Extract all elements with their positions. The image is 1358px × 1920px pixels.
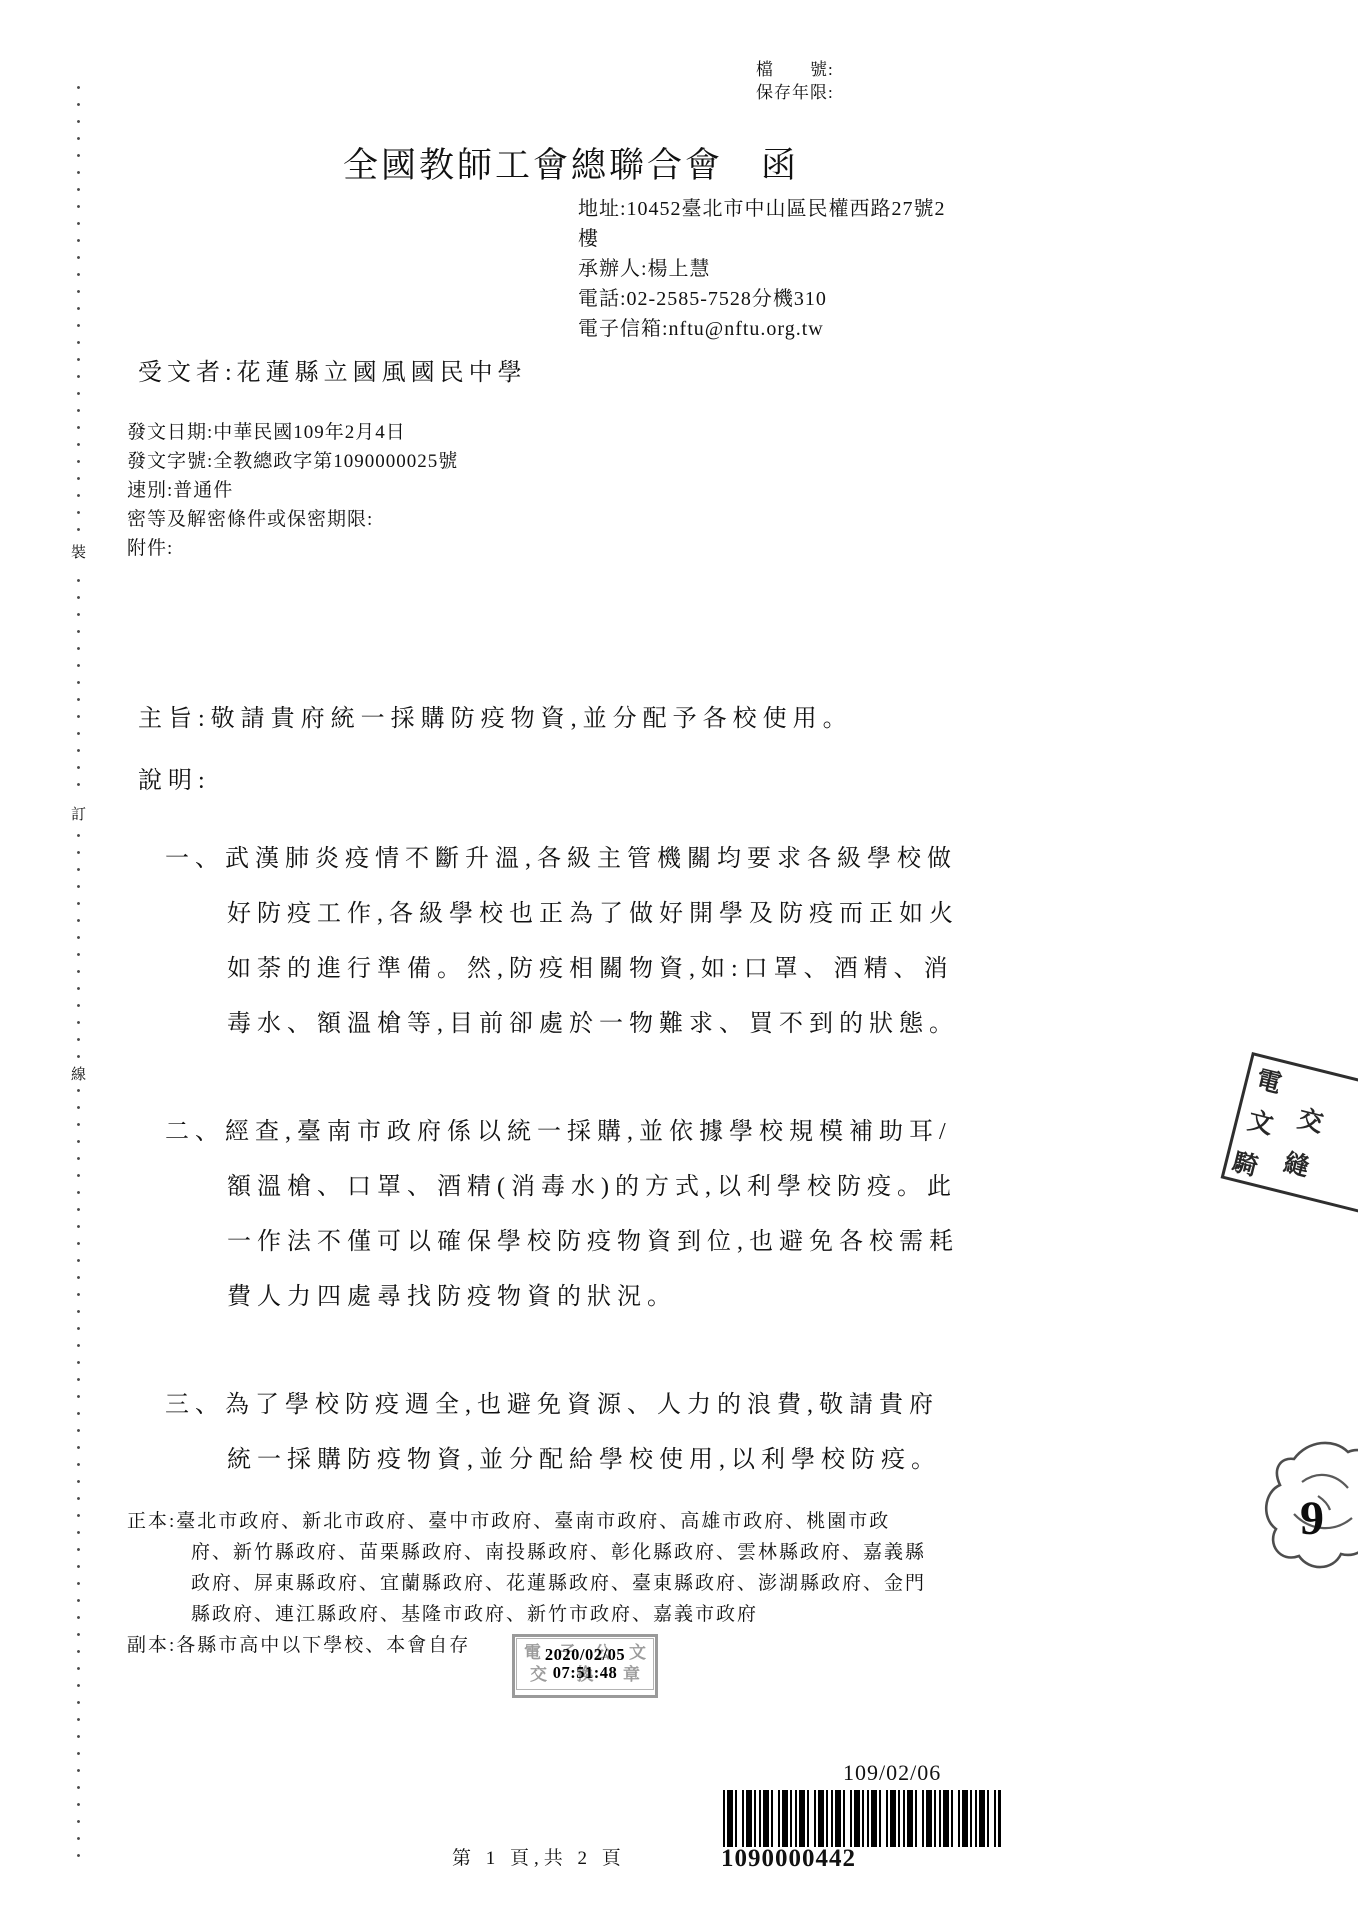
explanation-label: 說明:: [138, 760, 211, 795]
body-line: 一作法不僅可以確保學校防疫物資到位,也避免各校需耗: [227, 1215, 959, 1270]
original-copy-line: 政府、屏東縣政府、宜蘭縣政府、花蓮縣政府、臺東縣政府、澎湖縣政府、金門: [127, 1568, 926, 1599]
recipient-line: 受文者:花蓮縣立國風國民中學: [138, 352, 527, 387]
binding-char-xian: 線: [69, 1060, 88, 1087]
sender-address-line1: 地址:10452臺北市中山區民權西路27號2: [578, 194, 946, 224]
document-meta-block: 發文日期:中華民國109年2月4日 發文字號:全教總政字第1090000025號…: [127, 418, 458, 563]
exchange-stamp: 電 子 公 文 交 換 章 2020/02/05 07:51:48: [512, 1634, 658, 1698]
file-number-label: 檔 號:: [756, 58, 834, 81]
exchange-stamp-datetime: 2020/02/05 07:51:48: [517, 1646, 653, 1682]
body-line: 好防疫工作,各級學校也正為了做好開學及防疫而正如火: [227, 887, 959, 942]
sender-phone: 電話:02-2585-7528分機310: [578, 284, 946, 314]
attachment-line: 附件:: [127, 534, 458, 563]
binding-dotted-line: [77, 85, 80, 1857]
body-item-2: 二、經查,臺南市政府係以統一採購,並依據學校規模補助耳/ 額溫槍、口罩、酒精(消…: [165, 1105, 959, 1325]
body-line: 統一採購防疫物資,並分配給學校使用,以利學校防疫。: [227, 1433, 959, 1488]
original-copy-line: 縣政府、連江縣政府、基隆市政府、新竹市政府、嘉義市政府: [127, 1599, 926, 1630]
body-line: 一、武漢肺炎疫情不斷升溫,各級主管機關均要求各級學校做: [165, 832, 959, 887]
security-class-line: 密等及解密條件或保密期限:: [127, 505, 458, 534]
seam-stamp-char: 交: [1294, 1099, 1327, 1140]
seam-stamp: 電 文 騎 交 縫: [1221, 1052, 1358, 1214]
barcode-image: [723, 1790, 1001, 1847]
body-item-3: 三、為了學校防疫週全,也避免資源、人力的浪費,敬請貴府 統一採購防疫物資,並分配…: [165, 1378, 959, 1488]
seal-number: 9: [1300, 1492, 1324, 1545]
page-seal-icon: 9: [1260, 1432, 1358, 1582]
body-line: 三、為了學校防疫週全,也避免資源、人力的浪費,敬請貴府: [165, 1378, 959, 1433]
body-line: 二、經查,臺南市政府係以統一採購,並依據學校規模補助耳/: [165, 1105, 959, 1160]
sender-contact-person: 承辦人:楊上慧: [578, 254, 946, 284]
seam-stamp-char: 騎: [1229, 1142, 1262, 1183]
body-line: 額溫槍、口罩、酒精(消毒水)的方式,以利學校防疫。此: [227, 1160, 959, 1215]
seam-stamp-char: 電: [1253, 1060, 1286, 1101]
body-items: 一、武漢肺炎疫情不斷升溫,各級主管機關均要求各級學校做 好防疫工作,各級學校也正…: [165, 832, 959, 1541]
body-line: 如荼的進行準備。然,防疫相關物資,如:口罩、酒精、消: [227, 942, 959, 997]
retention-period-label: 保存年限:: [756, 81, 834, 104]
body-line: 費人力四處尋找防疫物資的狀況。: [227, 1270, 959, 1325]
seam-stamp-char: 文: [1245, 1101, 1278, 1142]
exchange-stamp-date: 2020/02/05: [517, 1646, 653, 1664]
body-item-1: 一、武漢肺炎疫情不斷升溫,各級主管機關均要求各級學校做 好防疫工作,各級學校也正…: [165, 832, 959, 1052]
document-page: 檔 號: 保存年限: 全國教師工會總聯合會 函 地址:10452臺北市中山區民權…: [0, 0, 1358, 1920]
exchange-stamp-inner: 電 子 公 文 交 換 章 2020/02/05 07:51:48: [516, 1638, 654, 1690]
issue-number-line: 發文字號:全教總政字第1090000025號: [127, 447, 458, 476]
issue-date-line: 發文日期:中華民國109年2月4日: [127, 418, 458, 447]
page-number: 第 1 頁,共 2 頁: [452, 1843, 626, 1870]
original-copy-line: 府、新竹縣政府、苗栗縣政府、南投縣政府、彰化縣政府、雲林縣政府、嘉義縣: [127, 1537, 926, 1568]
speed-class-line: 速別:普通件: [127, 476, 458, 505]
document-title: 全國教師工會總聯合會 函: [343, 138, 799, 188]
sender-info-block: 地址:10452臺北市中山區民權西路27號2 樓 承辦人:楊上慧 電話:02-2…: [578, 194, 946, 344]
exchange-stamp-time: 07:51:48: [517, 1664, 653, 1682]
seam-stamp-char: 縫: [1280, 1143, 1313, 1184]
archive-label-block: 檔 號: 保存年限:: [756, 58, 834, 104]
original-copy-line: 正本:臺北市政府、新北市政府、臺中市政府、臺南市政府、高雄市政府、桃園市政: [127, 1506, 926, 1537]
sender-address-line2: 樓: [578, 224, 946, 254]
subject-line: 主旨:敬請貴府統一採購防疫物資,並分配予各校使用。: [138, 698, 853, 733]
barcode-date: 109/02/06: [843, 1760, 941, 1786]
body-line: 毒水、額溫槍等,目前卻處於一物難求、買不到的狀態。: [227, 997, 959, 1052]
binding-char-zhuang: 裝: [69, 538, 88, 565]
binding-char-ding: 訂: [69, 800, 88, 827]
sender-email: 電子信箱:nftu@nftu.org.tw: [578, 314, 946, 344]
barcode-number: 1090000442: [721, 1845, 856, 1873]
